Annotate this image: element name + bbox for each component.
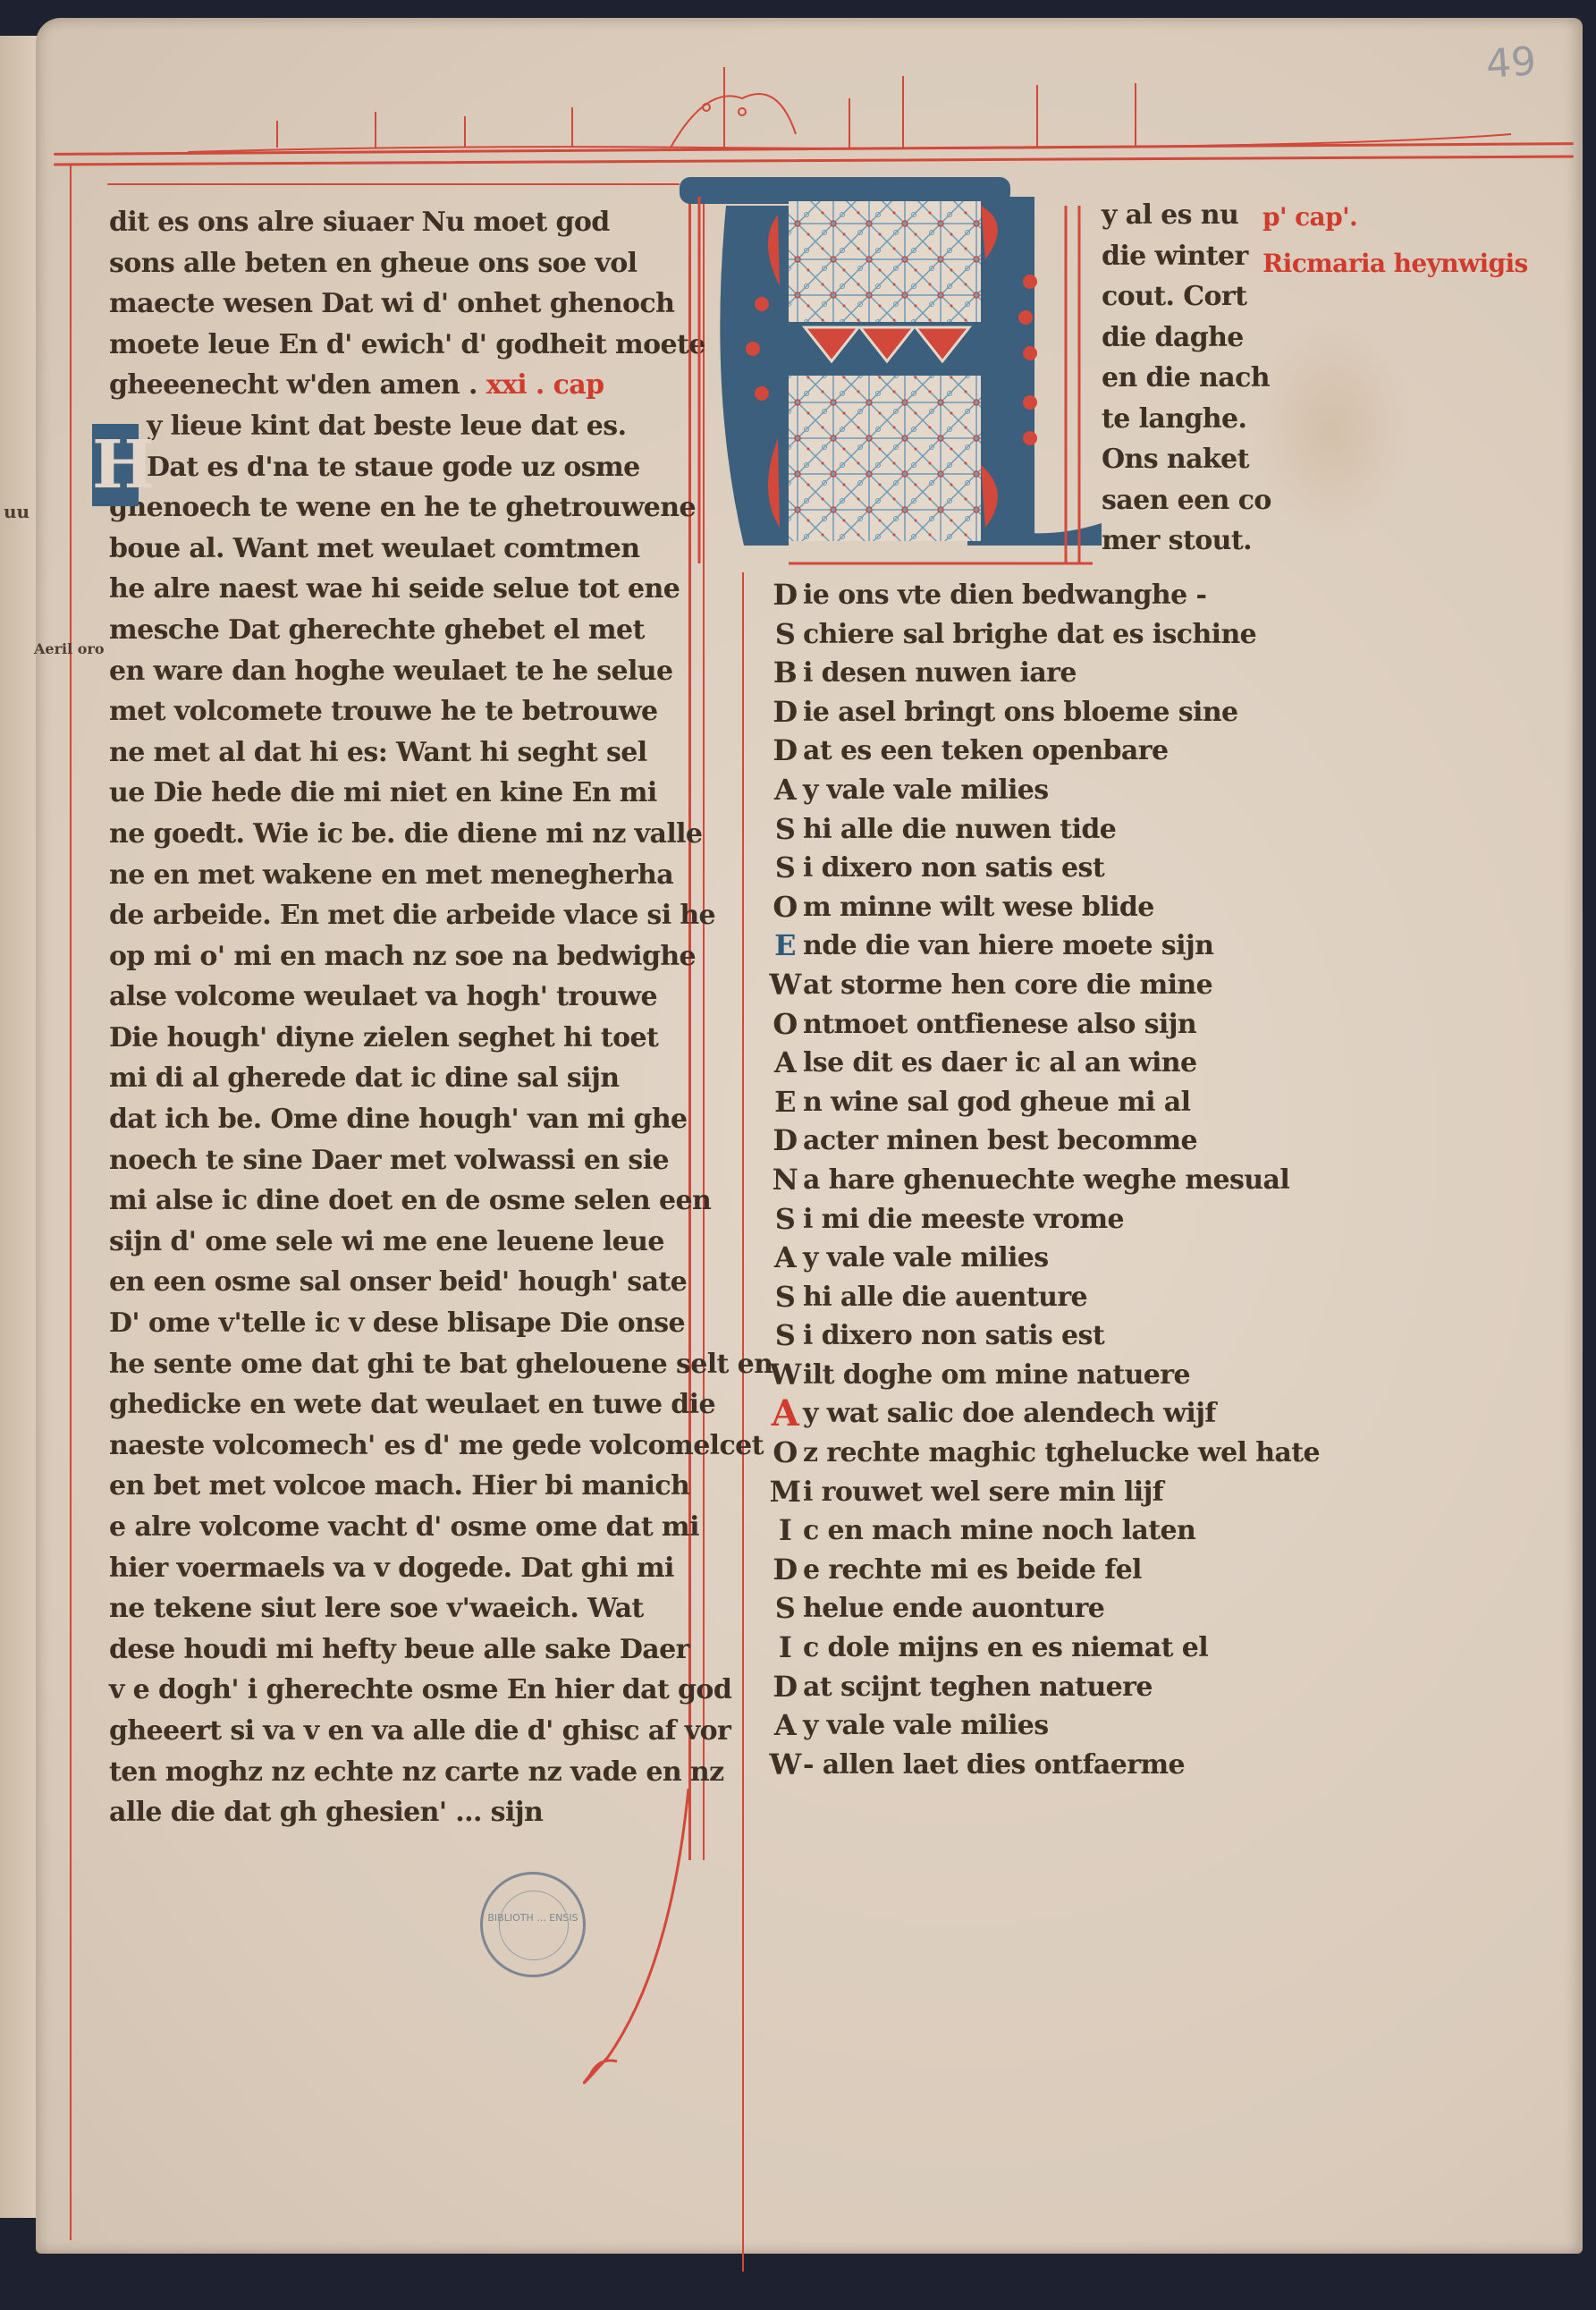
verse-capital: D [767,576,803,615]
verse-capital: O [767,888,803,927]
verse-line: De rechte mi es beide fel [767,1551,1393,1590]
verse-text: helue ende auonture [803,1589,1104,1629]
verse-text: chiere sal brighe dat es ischine [803,615,1256,655]
text-line: maecte wesen Dat wi d' onhet ghenoch [109,283,681,325]
text-line: sons alle beten en gheue ons soe vol [109,243,681,284]
rubric-title: Ricmaria heynwigis [1262,249,1528,278]
text-line: mer stout. [1102,520,1316,562]
verse-text: hi alle die auenture [803,1278,1087,1317]
inner-ruling-line [107,183,680,185]
verse-line: W- allen laet dies ontfaerme [767,1746,1393,1785]
verse-line: Dacter minen best becomme [767,1121,1393,1161]
verse-capital: S [767,1316,803,1356]
verse-line: Ende die van hiere moete sijn [767,927,1393,966]
verse-text: at storme hen core die mine [803,966,1212,1005]
verse-text: ntmoet ontfienese also sijn [803,1005,1196,1045]
verse-line: Mi rouwet wel sere min lijf [767,1473,1393,1512]
verse-line: Ay wat salic doe alendech wijf [767,1394,1393,1434]
verse-text: at scijnt teghen natuere [803,1668,1153,1707]
margin-note: Aeril oro [34,640,105,657]
verse-line: Wilt doghe om mine natuere [767,1356,1393,1395]
verse-line: Si mi die meeste vrome [767,1200,1393,1240]
verse-line: Die asel bringt ons bloeme sine [767,693,1393,732]
verse-text: c en mach mine noch laten [803,1511,1195,1551]
verse-text: y wat salic doe alendech wijf [803,1394,1216,1434]
text-line: D' ome v'telle ic v dese blisape Die ons… [109,1303,681,1344]
verse-text: e rechte mi es beide fel [803,1551,1142,1590]
text-line: ne en met wakene en met menegherha [109,855,681,896]
text-line: cout. Cort [1102,276,1316,317]
text-line: he alre naest wae hi seide selue tot ene [109,569,681,610]
verse-capital: D [767,732,803,771]
rubric-chapter: p' cap'. [1262,202,1357,232]
text-segment: gheeenecht w'den amen . [109,369,477,401]
verse-capital: N [767,1161,803,1200]
verse-line: En wine sal god gheue mi al [767,1083,1393,1122]
text-line: ten moghz nz echte nz carte nz vade en n… [109,1752,681,1793]
text-line: dese houdi mi hefty beue alle sake Daer [109,1629,681,1671]
chapter-rubric: xxi . cap [486,369,604,401]
verse-text: lse dit es daer ic al an wine [803,1044,1196,1083]
text-line: alle die dat gh ghesien' ... sijn [109,1792,681,1833]
verse-capital: S [767,849,803,888]
verse-line: Na hare ghenuechte weghe mesual [767,1161,1393,1200]
verse-capital: I [767,1629,803,1668]
text-line: sijn d' ome sele wi me ene leuene leue [109,1222,681,1263]
verse-line: Ay vale vale milies [767,1706,1393,1746]
text-line: de arbeide. En met die arbeide vlace si … [109,895,681,936]
verse-line: Dat es een teken openbare [767,732,1393,771]
verse-capital: S [767,1278,803,1317]
verse-text: i dixero non satis est [803,1316,1104,1356]
verse-line: Ic dole mijns en es niemat el [767,1629,1393,1668]
text-line: he sente ome dat ghi te bat ghelouene se… [109,1344,681,1385]
text-line: saen een co [1102,480,1316,521]
verse-line: Shi alle die auenture [767,1278,1393,1317]
verse-text: z rechte maghic tghelucke wel hate [803,1434,1320,1473]
verse-capital: D [767,1551,803,1590]
verse-line: Si dixero non satis est [767,1316,1393,1356]
text-line: ghenoech te wene en he te ghetrouwene [109,487,681,529]
verse-capital: D [767,1121,803,1161]
verse-line: Alse dit es daer ic al an wine [767,1044,1393,1083]
verse-line: Om minne wilt wese blide [767,888,1393,927]
verse-text: n wine sal god gheue mi al [803,1083,1190,1122]
text-line: boue al. Want met weulaet comtmen [109,529,681,570]
text-line: die daghe [1102,317,1316,359]
text-line: mesche Dat gherechte ghebet el met [109,610,681,651]
verse-text: nde die van hiere moete sijn [803,927,1213,966]
verse-line: Ay vale vale milies [767,771,1393,810]
verse-text: y vale vale milies [803,1706,1049,1746]
verse-line: Schiere sal brighe dat es ischine [767,615,1393,655]
verse-text: ilt doghe om mine natuere [803,1356,1190,1395]
text-line: ne tekene siut lere soe v'waeich. Wat [109,1588,681,1629]
verse-line: Si dixero non satis est [767,849,1393,888]
text-line: y lieue kint dat beste leue dat es. [109,406,681,447]
text-line: gheeenecht w'den amen . xxi . cap [109,365,681,406]
text-line: alse volcome weulaet va hogh' trouwe [109,977,681,1018]
verse-text: hi alle die nuwen tide [803,810,1116,850]
text-line: mi alse ic dine doet en de osme selen ee… [109,1180,681,1222]
verse-text: at es een teken openbare [803,732,1168,771]
text-line: Dat es d'na te staue gode uz osme [109,447,681,488]
margin-note: uu [4,501,30,522]
text-line: e alre volcome vacht d' osme ome dat mi [109,1507,681,1548]
text-line: te langhe. [1102,399,1316,440]
verse-capital: A [767,771,803,810]
text-line: en die nach [1102,358,1316,399]
verse-text: y vale vale milies [803,771,1049,810]
text-line: dit es ons alre siuaer Nu moet god [109,202,681,243]
text-line: mi di al gherede dat ic dine sal sijn [109,1058,681,1099]
verse-capital: B [767,654,803,693]
verse-text: - allen laet dies ontfaerme [803,1746,1185,1785]
verse-line: Ay vale vale milies [767,1239,1393,1278]
text-line: naeste volcomech' es d' me gede volcomel… [109,1426,681,1467]
verse-text: i rouwet wel sere min lijf [803,1473,1163,1512]
verse-text: ie asel bringt ons bloeme sine [803,693,1238,732]
text-line: v e dogh' i gherechte osme En hier dat g… [109,1670,681,1711]
text-line: ue Die hede die mi niet en kine En mi [109,773,681,814]
verse-line: Shelue ende auonture [767,1589,1393,1629]
verse-capital: O [767,1434,803,1473]
verse-capital-blue: E [767,927,803,966]
verse-text: c dole mijns en es niemat el [803,1629,1208,1668]
verse-capital: D [767,693,803,732]
initial-letter-h: H [92,424,139,506]
verse-capital-red: A [767,1394,803,1434]
stamp-inner-ring [499,1891,569,1960]
text-line: en bet met volcoe mach. Hier bi manich [109,1466,681,1507]
text-line: Ons naket [1102,439,1316,480]
text-line: en een osme sal onser beid' hough' sate [109,1262,681,1303]
verse-capital: S [767,1200,803,1240]
verse-capital: A [767,1239,803,1278]
left-column: dit es ons alre siuaer Nu moet god sons … [109,202,681,1833]
verse-capital: M [767,1473,803,1512]
verse-text: acter minen best becomme [803,1121,1197,1161]
text-line: Die hough' diyne zielen seghet hi toet [109,1018,681,1059]
verse-capital: I [767,1511,803,1551]
text-line: op mi o' mi en mach nz soe na bedwighe [109,936,681,977]
text-line: ne goedt. Wie ic be. die diene mi nz val… [109,814,681,855]
verse-line: Ic en mach mine noch laten [767,1511,1393,1551]
left-bound-line [70,165,72,2240]
verse-text: i desen nuwen iare [803,654,1077,693]
verse-line: Ontmoet ontfienese also sijn [767,1005,1393,1045]
library-stamp: BIBLIOTH ... ENSIS [480,1872,586,1977]
verse-line: Wat storme hen core die mine [767,966,1393,1005]
verse-capital: S [767,810,803,850]
right-column-poem: Die ons vte dien bedwanghe - Schiere sal… [767,576,1393,1784]
text-line: ghedicke en wete dat weulaet en tuwe die [109,1384,681,1426]
text-line: met volcomete trouwe he te betrouwe [109,691,681,732]
verse-text: ie ons vte dien bedwanghe - [803,576,1206,615]
verse-text: m minne wilt wese blide [803,888,1154,927]
illuminated-initial-a-icon [672,170,1119,572]
verse-capital: O [767,1005,803,1045]
verse-line: Die ons vte dien bedwanghe - [767,576,1393,615]
verse-capital: S [767,615,803,655]
verse-capital: D [767,1668,803,1707]
text-line: gheeert si va v en va alle die d' ghisc … [109,1711,681,1752]
verse-capital: A [767,1706,803,1746]
verse-capital: W [767,966,803,1005]
text-line: noech te sine Daer met volwassi en sie [109,1140,681,1181]
verse-line: Bi desen nuwen iare [767,654,1393,693]
verse-text: y vale vale milies [803,1239,1049,1278]
verse-line: Shi alle die nuwen tide [767,810,1393,850]
verse-capital: W [767,1356,803,1395]
text-line: hier voermaels va v dogede. Dat ghi mi [109,1548,681,1589]
verse-line: Dat scijnt teghen natuere [767,1668,1393,1707]
center-bound-line [742,572,744,2272]
verse-capital: S [767,1589,803,1629]
verse-capital: E [767,1083,803,1122]
text-line: ne met al dat hi es: Want hi seght sel [109,732,681,774]
verse-text: i dixero non satis est [803,849,1104,888]
verse-line: Oz rechte maghic tghelucke wel hate [767,1434,1393,1473]
verse-text: i mi die meeste vrome [803,1200,1124,1240]
text-line: dat ich be. Ome dine hough' van mi ghe [109,1099,681,1140]
text-line: moete leue En d' ewich' d' godheit moete [109,325,681,366]
text-line: en ware dan hoghe weulaet te he selue [109,651,681,692]
verse-text: a hare ghenuechte weghe mesual [803,1161,1289,1200]
verse-capital: A [767,1044,803,1083]
verse-capital: W [767,1746,803,1785]
